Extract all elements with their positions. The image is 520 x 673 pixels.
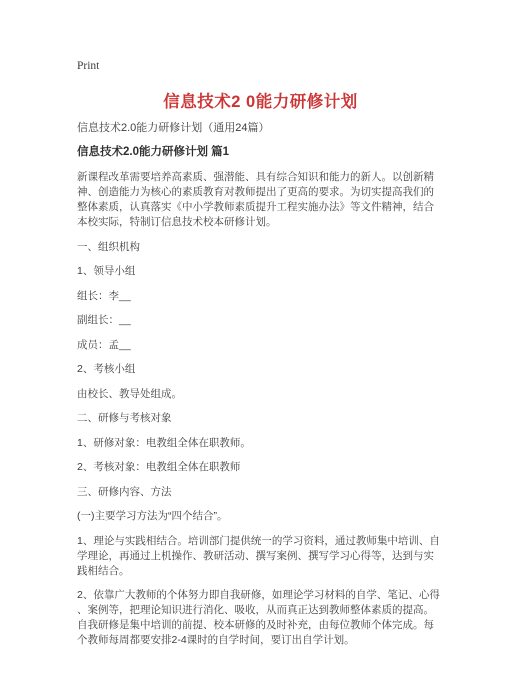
document-body: 新课程改革需要培养高素质、强潜能、具有综合知识和能力的新人。以创新精神、创造能力…	[77, 170, 444, 648]
document-page: Print 信息技术2 0能力研修计划 信息技术2.0能力研修计划（通用24篇）…	[0, 0, 520, 673]
paragraph: 1、领导小组	[77, 264, 444, 279]
paragraph: 一、组织机构	[77, 240, 444, 255]
paragraph: 三、研修内容、方法	[77, 485, 444, 500]
paragraph: 由校长、教导处组成。	[77, 387, 444, 402]
paragraph: 副组长：__	[77, 313, 444, 328]
document-title: 信息技术2 0能力研修计划	[77, 92, 444, 112]
paragraph: 2、依靠广大教师的个体努力即自我研修，如理论学习材料的自学、笔记、心得、案例等，…	[77, 588, 444, 648]
paragraph: 1、理论与实践相结合。培训部门提供统一的学习资料，通过教师集中培训、自学理论，再…	[77, 534, 444, 579]
paragraph: 二、研修与考核对象	[77, 411, 444, 426]
section-heading: 信息技术2.0能力研修计划 篇1	[77, 145, 444, 160]
paragraph: 组长：李__	[77, 289, 444, 304]
paragraph: 1、研修对象：电教组全体在职教师。	[77, 436, 444, 451]
paragraph: 2、考核对象：电教组全体在职教师	[77, 460, 444, 475]
paragraph: 新课程改革需要培养高素质、强潜能、具有综合知识和能力的新人。以创新精神、创造能力…	[77, 170, 444, 230]
paragraph: 2、考核小组	[77, 362, 444, 377]
print-link[interactable]: Print	[77, 60, 99, 73]
paragraph: 成员：孟__	[77, 338, 444, 353]
document-subtitle: 信息技术2.0能力研修计划（通用24篇）	[77, 121, 444, 136]
paragraph: (一)主要学习方法为“四个结合”。	[77, 509, 444, 524]
